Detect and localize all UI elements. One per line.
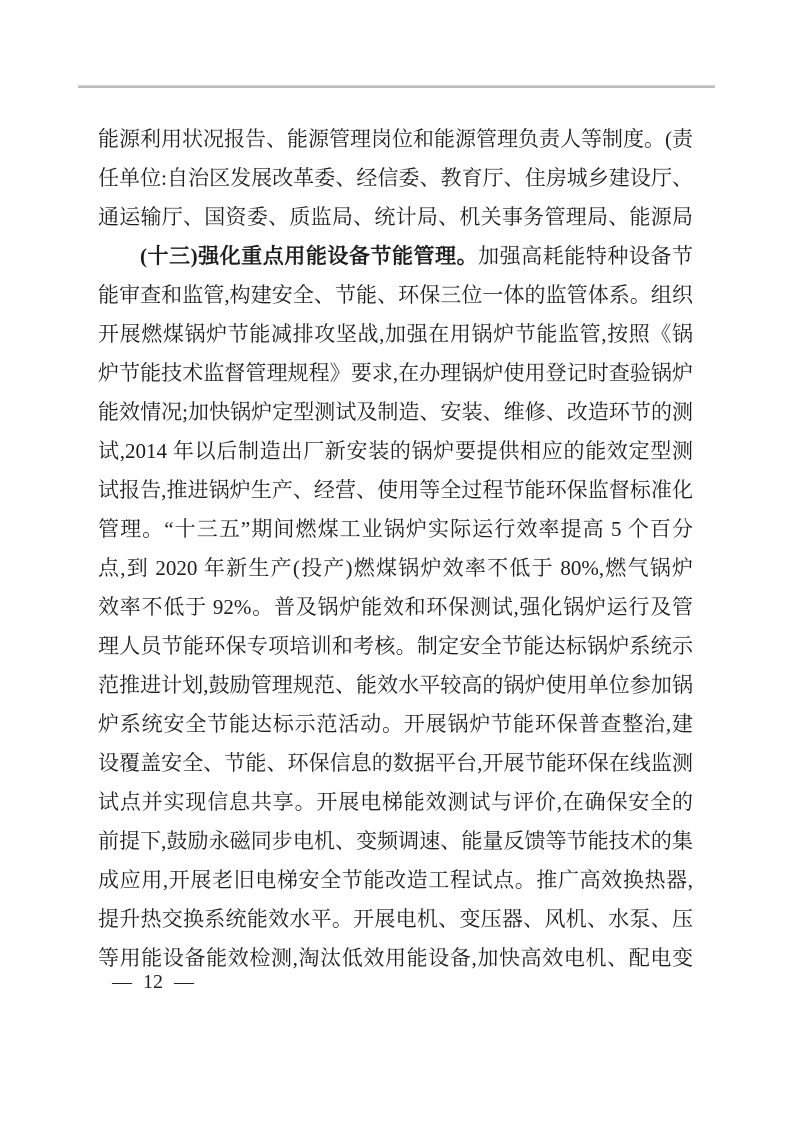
text-line: 炉节能技术监督管理规程》要求,在办理锅炉使用登记时查验锅炉 — [98, 354, 693, 393]
text-line: 能效情况;加快锅炉定型测试及制造、安装、维修、改造环节的测 — [98, 393, 693, 432]
text-line: 试报告,推进锅炉生产、经营、使用等全过程节能环保监督标准化 — [98, 471, 693, 510]
paragraph-item-13: (十三)强化重点用能设备节能管理。加强高耗能特种设备节 能审查和监管,构建安全、… — [98, 237, 693, 978]
paragraph-body-lines: 能审查和监管,构建安全、节能、环保三位一体的监管体系。组织开展燃煤锅炉节能减排攻… — [98, 276, 693, 978]
text-line: 点,到 2020 年新生产(投产)燃煤锅炉效率不低于 80%,燃气锅炉 — [98, 549, 693, 588]
text-line: 管理。“十三五”期间燃煤工业锅炉实际运行效率提高 5 个百分 — [98, 510, 693, 549]
text-line: 设覆盖安全、节能、环保信息的数据平台,开展节能环保在线监测 — [98, 744, 693, 783]
text-line: 通运输厅、国资委、质监局、统计局、机关事务管理局、能源局等) — [98, 198, 693, 237]
text-line: 试,2014 年以后制造出厂新安装的锅炉要提供相应的能效定型测 — [98, 432, 693, 471]
text-line: 能源利用状况报告、能源管理岗位和能源管理负责人等制度。(责 — [98, 120, 693, 159]
text-line: 开展燃煤锅炉节能减排攻坚战,加强在用锅炉节能监管,按照《锅 — [98, 315, 693, 354]
text-line: 炉系统安全节能达标示范活动。开展锅炉节能环保普查整治,建 — [98, 705, 693, 744]
page-number: — 12 — — [112, 971, 194, 993]
item-13-first-line-text: 加强高耗能特种设备节 — [478, 244, 693, 268]
paragraph-first-line: (十三)强化重点用能设备节能管理。加强高耗能特种设备节 — [98, 237, 693, 276]
item-13-heading: (十三)强化重点用能设备节能管理。 — [140, 244, 478, 268]
text-line: 前提下,鼓励永磁同步电机、变频调速、能量反馈等节能技术的集 — [98, 822, 693, 861]
text-line: 试点并实现信息共享。开展电梯能效测试与评价,在确保安全的 — [98, 783, 693, 822]
paragraph-continuation: 能源利用状况报告、能源管理岗位和能源管理负责人等制度。(责任单位:自治区发展改革… — [98, 120, 693, 237]
text-line: 范推进计划,鼓励管理规范、能效水平较高的锅炉使用单位参加锅 — [98, 666, 693, 705]
text-line: 理人员节能环保专项培训和考核。制定安全节能达标锅炉系统示 — [98, 627, 693, 666]
text-line: 任单位:自治区发展改革委、经信委、教育厅、住房城乡建设厅、交 — [98, 159, 693, 198]
text-line: 能审查和监管,构建安全、节能、环保三位一体的监管体系。组织 — [98, 276, 693, 315]
text-line: 效率不低于 92%。普及锅炉能效和环保测试,强化锅炉运行及管 — [98, 588, 693, 627]
document-body: 能源利用状况报告、能源管理岗位和能源管理负责人等制度。(责任单位:自治区发展改革… — [98, 120, 693, 978]
text-line: 成应用,开展老旧电梯安全节能改造工程试点。推广高效换热器, — [98, 861, 693, 900]
text-line: 提升热交换系统能效水平。开展电机、变压器、风机、水泵、压缩机 — [98, 900, 693, 939]
header-rule — [78, 85, 715, 88]
document-page: 能源利用状况报告、能源管理岗位和能源管理负责人等制度。(责任单位:自治区发展改革… — [0, 0, 793, 1122]
